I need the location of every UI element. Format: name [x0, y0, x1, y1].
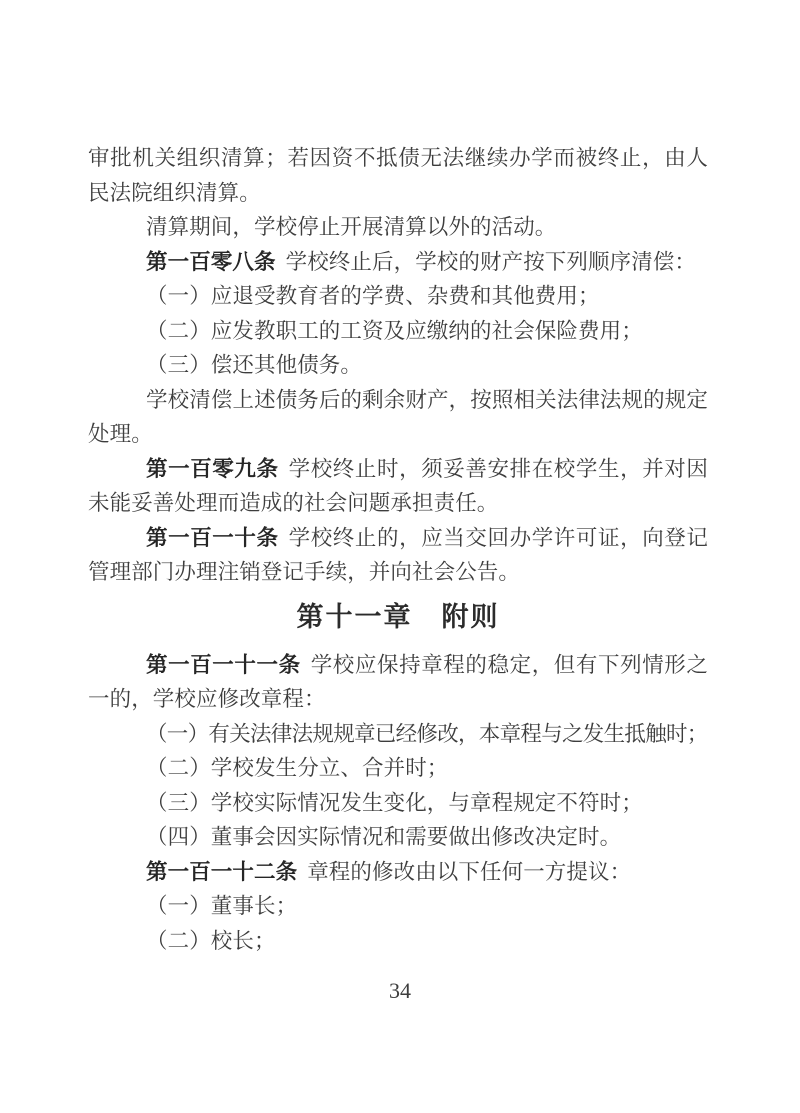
paragraph: 学校清偿上述债务后的剩余财产，按照相关法律法规的规定处理。 — [88, 383, 708, 452]
paragraph-text: （二）校长； — [146, 929, 276, 953]
paragraph-text: （三）偿还其他债务。 — [146, 353, 362, 377]
paragraph: 第一百一十二条章程的修改由以下任何一方提议： — [88, 855, 708, 890]
article-number: 第一百一十条 — [146, 526, 279, 550]
paragraph: （二）校长； — [88, 924, 708, 959]
paragraph-text: （一）应退受教育者的学费、杂费和其他费用； — [146, 284, 600, 308]
paragraph: 清算期间，学校停止开展清算以外的活动。 — [88, 210, 708, 245]
paragraph: （一）有关法律法规规章已经修改，本章程与之发生抵触时； — [88, 717, 708, 752]
paragraph-text: 清算期间，学校停止开展清算以外的活动。 — [146, 215, 556, 239]
paragraph: （四）董事会因实际情况和需要做出修改决定时。 — [88, 820, 708, 855]
paragraph: 第一百零九条学校终止时，须妥善安排在校学生，并对因未能妥善处理而造成的社会问题承… — [88, 452, 708, 521]
document-page: 审批机关组织清算；若因资不抵债无法继续办学而被终止，由人民法院组织清算。 清算期… — [0, 0, 800, 1113]
paragraph: 第一百一十一条学校应保持章程的稳定，但有下列情形之一的，学校应修改章程： — [88, 648, 708, 717]
paragraph: （一）董事长； — [88, 889, 708, 924]
paragraph: （一）应退受教育者的学费、杂费和其他费用； — [88, 279, 708, 314]
paragraph-text: （二）应发教职工的工资及应缴纳的社会保险费用； — [146, 319, 643, 343]
article-number: 第一百一十一条 — [146, 653, 301, 677]
paragraph-text: （三）学校实际情况发生变化，与章程规定不符时； — [146, 791, 643, 815]
paragraph-text: 章程的修改由以下任何一方提议： — [307, 860, 631, 884]
paragraph-text: 学校终止后，学校的财产按下列顺序清偿： — [286, 250, 696, 274]
chapter-heading: 第十一章 附则 — [88, 598, 708, 636]
page-number: 34 — [0, 978, 800, 1004]
paragraph: （二）应发教职工的工资及应缴纳的社会保险费用； — [88, 314, 708, 349]
paragraph-text: 审批机关组织清算；若因资不抵债无法继续办学而被终止，由人民法院组织清算。 — [88, 146, 708, 205]
article-number: 第一百零九条 — [146, 457, 279, 481]
paragraph: （三）偿还其他债务。 — [88, 348, 708, 383]
paragraph: （二）学校发生分立、合并时； — [88, 751, 708, 786]
paragraph: 第一百零八条学校终止后，学校的财产按下列顺序清偿： — [88, 245, 708, 280]
paragraph: （三）学校实际情况发生变化，与章程规定不符时； — [88, 786, 708, 821]
article-number: 第一百一十二条 — [146, 860, 297, 884]
page-content: 审批机关组织清算；若因资不抵债无法继续办学而被终止，由人民法院组织清算。 清算期… — [88, 141, 708, 958]
paragraph-text: 学校清偿上述债务后的剩余财产，按照相关法律法规的规定处理。 — [88, 388, 708, 447]
paragraph-text: （一）有关法律法规规章已经修改，本章程与之发生抵触时； — [146, 722, 708, 746]
article-number: 第一百零八条 — [146, 250, 276, 274]
paragraph-text: （二）学校发生分立、合并时； — [146, 756, 448, 780]
paragraph-text: （四）董事会因实际情况和需要做出修改决定时。 — [146, 825, 621, 849]
paragraph-text: （一）董事长； — [146, 894, 297, 918]
paragraph: 第一百一十条学校终止的，应当交回办学许可证，向登记管理部门办理注销登记手续，并向… — [88, 521, 708, 590]
paragraph: 审批机关组织清算；若因资不抵债无法继续办学而被终止，由人民法院组织清算。 — [88, 141, 708, 210]
